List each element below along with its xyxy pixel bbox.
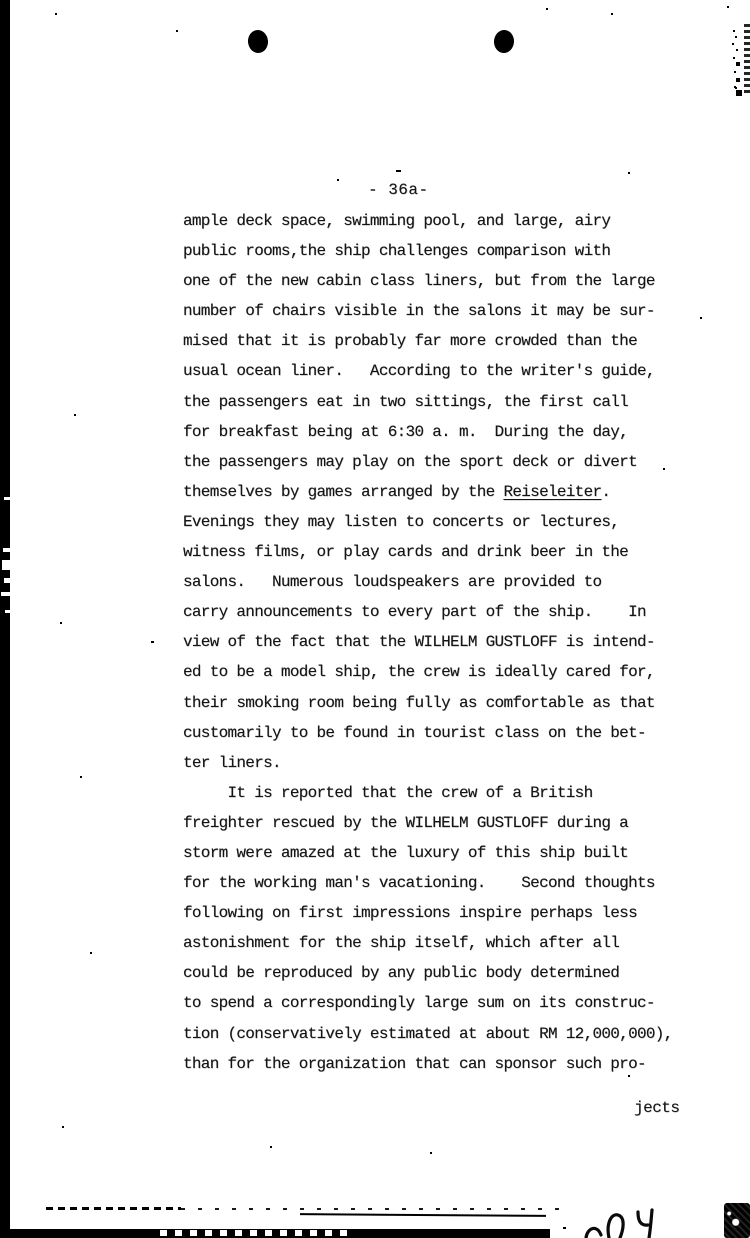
text-segment: one of the new cabin class liners, but f… xyxy=(183,272,655,290)
text-segment: public rooms,the ship challenges compari… xyxy=(183,242,610,260)
text-line: themselves by games arranged by the Reis… xyxy=(183,477,673,507)
text-line: customarily to be found in tourist class… xyxy=(183,718,673,748)
text-segment: astonishment for the ship itself, which … xyxy=(183,934,619,952)
text-line: the passengers may play on the sport dec… xyxy=(183,447,673,477)
scan-speck xyxy=(430,1152,432,1154)
scan-speck xyxy=(611,13,613,15)
scan-notch xyxy=(5,610,10,613)
text-line: usual ocean liner. According to the writ… xyxy=(183,356,673,386)
text-segment: tion (conservatively estimated at about … xyxy=(183,1025,673,1043)
scan-speck xyxy=(90,952,92,954)
text-line: following on first impressions inspire p… xyxy=(183,898,673,928)
text-segment: could be reproduced by any public body d… xyxy=(183,964,619,982)
scan-speck xyxy=(74,414,76,416)
text-line: one of the new cabin class liners, but f… xyxy=(183,266,673,296)
scan-speck xyxy=(270,1146,272,1148)
text-segment: storm were amazed at the luxury of this … xyxy=(183,844,628,862)
text-line: astonishment for the ship itself, which … xyxy=(183,928,673,958)
underlined-term: Reiseleiter xyxy=(503,483,601,501)
catchword: jects xyxy=(634,1099,680,1117)
text-line: tion (conservatively estimated at about … xyxy=(183,1019,673,1049)
text-line: number of chairs visible in the salons i… xyxy=(183,296,673,326)
text-segment: carry announcements to every part of the… xyxy=(183,603,646,621)
scan-speck xyxy=(337,179,339,181)
scanned-document-page: - 36a- ample deck space, swimming pool, … xyxy=(0,0,750,1238)
text-line: than for the organization that can spons… xyxy=(183,1049,673,1079)
text-segment: usual ocean liner. According to the writ… xyxy=(183,362,655,380)
scan-speck xyxy=(176,30,178,32)
text-line: It is reported that the crew of a Britis… xyxy=(183,778,673,808)
text-segment: salons. Numerous loudspeakers are provid… xyxy=(183,573,601,591)
scan-edge-dots xyxy=(733,30,735,32)
punch-hole-right xyxy=(493,29,515,53)
thin-scan-line xyxy=(300,1213,546,1217)
text-line: ter liners. xyxy=(183,748,673,778)
handwritten-mark-604 xyxy=(556,1200,676,1238)
scan-notch xyxy=(1,592,10,596)
scan-speck xyxy=(80,776,82,778)
text-line: storm were amazed at the luxury of this … xyxy=(183,838,673,868)
text-line: could be reproduced by any public body d… xyxy=(183,958,673,988)
scan-speck xyxy=(546,8,548,10)
scan-notch xyxy=(4,578,10,583)
text-segment: It is reported that the crew of a Britis… xyxy=(183,784,592,802)
text-segment: for breakfast being at 6:30 a. m. During… xyxy=(183,423,628,441)
text-segment: witness films, or play cards and drink b… xyxy=(183,543,628,561)
text-line: freighter rescued by the WILHELM GUSTLOF… xyxy=(183,808,673,838)
text-segment: for the working man's vacationing. Secon… xyxy=(183,874,655,892)
scan-speck xyxy=(663,468,665,470)
scan-notch xyxy=(3,548,10,552)
text-line: public rooms,the ship challenges compari… xyxy=(183,236,673,266)
text-line: their smoking room being fully as comfor… xyxy=(183,688,673,718)
text-segment: their smoking room being fully as comfor… xyxy=(183,694,655,712)
text-line: witness films, or play cards and drink b… xyxy=(183,537,673,567)
text-segment: the passengers may play on the sport dec… xyxy=(183,453,637,471)
dashed-rule-sparse xyxy=(181,1208,561,1210)
text-segment: than for the organization that can spons… xyxy=(183,1055,646,1073)
dashed-rule-dense xyxy=(46,1207,181,1210)
text-segment: view of the fact that the WILHELM GUSTLO… xyxy=(183,633,655,651)
text-line: ed to be a model ship, the crew is ideal… xyxy=(183,657,673,687)
scan-corner-blob xyxy=(724,1203,750,1238)
scan-notch xyxy=(2,560,10,570)
scan-speck xyxy=(151,641,154,643)
scan-speck xyxy=(60,622,62,624)
text-line: for the working man's vacationing. Secon… xyxy=(183,868,673,898)
scan-speck xyxy=(700,317,702,319)
text-line: salons. Numerous loudspeakers are provid… xyxy=(183,567,673,597)
scan-speck xyxy=(396,170,401,172)
scan-speck xyxy=(727,6,729,8)
text-line: the passengers eat in two sittings, the … xyxy=(183,387,673,417)
text-line: carry announcements to every part of the… xyxy=(183,597,673,627)
text-line: ample deck space, swimming pool, and lar… xyxy=(183,206,673,236)
typewritten-body: ample deck space, swimming pool, and lar… xyxy=(183,206,673,1079)
punch-hole-left xyxy=(247,29,269,54)
text-segment: freighter rescued by the WILHELM GUSTLOF… xyxy=(183,814,628,832)
scan-speck xyxy=(628,1075,630,1077)
scan-speck xyxy=(55,13,57,15)
text-segment: . xyxy=(601,483,610,501)
text-segment: customarily to be found in tourist class… xyxy=(183,724,646,742)
text-line: mised that it is probably far more crowd… xyxy=(183,326,673,356)
text-segment: following on first impressions inspire p… xyxy=(183,904,637,922)
scan-edge-bottom-bar-gaps xyxy=(160,1230,355,1236)
scan-speck xyxy=(628,172,630,174)
page-number: - 36a- xyxy=(368,181,429,199)
text-segment: ample deck space, swimming pool, and lar… xyxy=(183,212,610,230)
text-segment: to spend a correspondingly large sum on … xyxy=(183,994,655,1012)
text-segment: themselves by games arranged by the xyxy=(183,483,503,501)
text-line: view of the fact that the WILHELM GUSTLO… xyxy=(183,627,673,657)
text-segment: ed to be a model ship, the crew is ideal… xyxy=(183,663,655,681)
scan-speck xyxy=(62,1126,64,1128)
text-line: Evenings they may listen to concerts or … xyxy=(183,507,673,537)
scan-edge-left-strip xyxy=(0,0,10,1238)
scan-edge-smudge xyxy=(744,24,750,96)
text-segment: number of chairs visible in the salons i… xyxy=(183,302,655,320)
scan-notch xyxy=(4,497,10,500)
text-line: to spend a correspondingly large sum on … xyxy=(183,988,673,1018)
text-segment: ter liners. xyxy=(183,754,281,772)
text-segment: Evenings they may listen to concerts or … xyxy=(183,513,619,531)
text-line: for breakfast being at 6:30 a. m. During… xyxy=(183,417,673,447)
text-segment: the passengers eat in two sittings, the … xyxy=(183,393,628,411)
text-segment: mised that it is probably far more crowd… xyxy=(183,332,637,350)
